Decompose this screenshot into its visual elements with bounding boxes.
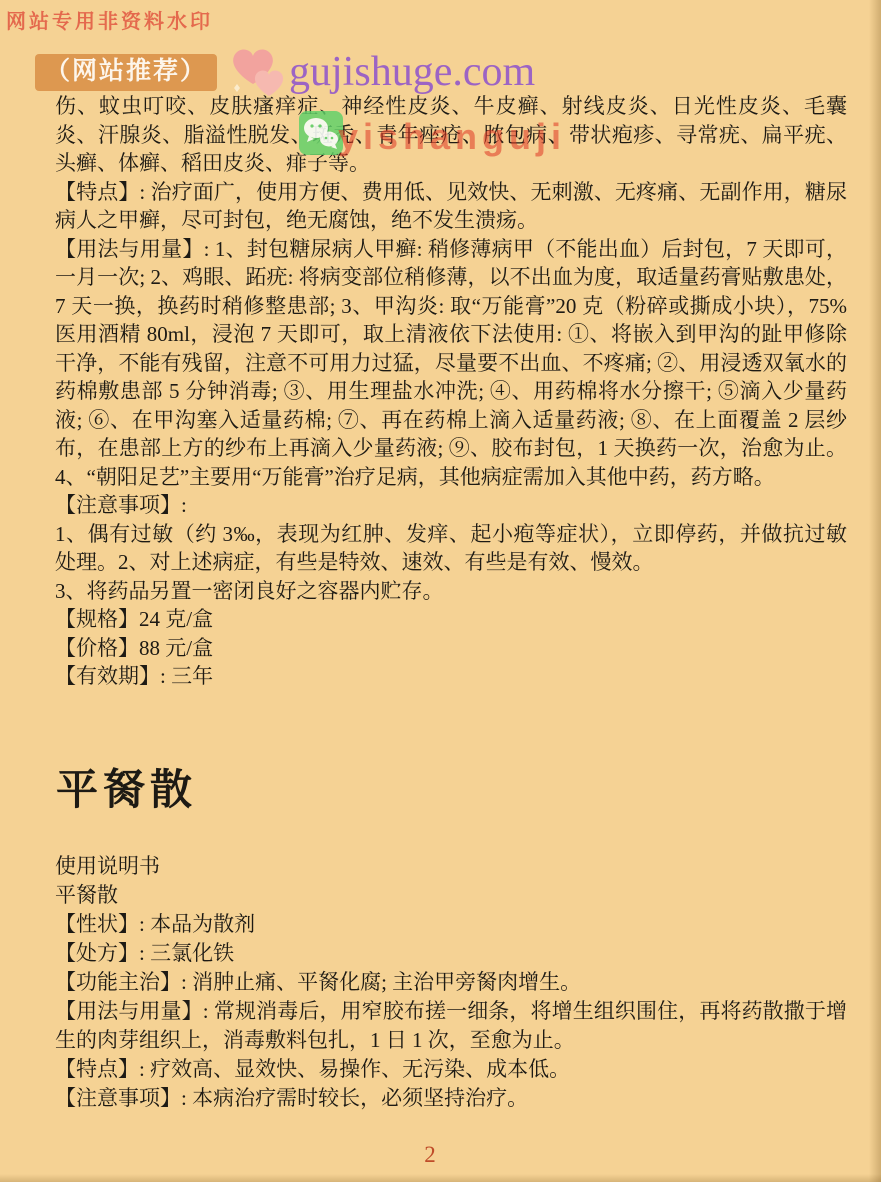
site-recommend-badge: （网站推荐） (35, 54, 217, 91)
section-1-body: 伤、蚊虫叮咬、皮肤瘙痒症、神经性皮炎、牛皮癣、射线皮炎、日光性皮炎、毛囊炎、汗腺… (55, 92, 847, 691)
body-paragraph: 【特点】: 疗效高、显效快、易操作、无污染、成本低。 (55, 1055, 847, 1084)
body-paragraph: 【处方】: 三氯化铁 (55, 939, 847, 968)
body-paragraph: 【注意事项】: (55, 491, 847, 520)
manual-label: 使用说明书 (55, 852, 847, 881)
price-line: 【价格】88 元/盒 (55, 634, 847, 663)
scan-edge-shadow-right (869, 0, 881, 1182)
body-paragraph: 1、偶有过敏（约 3‰，表现为红肿、发痒、起小疱等症状），立即停药，并做抗过敏处… (55, 520, 847, 577)
top-watermark-text: 网站专用非资料水印 (6, 5, 213, 34)
section-2-body: 使用说明书 平胬散 【性状】: 本品为散剂 【处方】: 三氯化铁 【功能主治】:… (55, 852, 847, 1113)
scan-edge-shadow-bottom (0, 1174, 881, 1182)
wechat-icon (299, 111, 343, 155)
product-name: 平胬散 (55, 881, 847, 910)
body-paragraph: 【性状】: 本品为散剂 (55, 910, 847, 939)
body-paragraph: 【注意事项】: 本病治疗需时较长，必须坚持治疗。 (55, 1084, 847, 1113)
hearts-icon (225, 46, 287, 98)
section-2-title: 平胬散 (56, 766, 197, 816)
page-number: 2 (0, 1142, 860, 1168)
validity-line: 【有效期】: 三年 (55, 662, 847, 691)
body-paragraph: 【特点】: 治疗面广，使用方便、费用低、见效快、无刺激、无疼痛、无副作用，糖尿病… (55, 178, 847, 235)
site-header: （网站推荐） gujishuge.com (35, 46, 535, 98)
body-paragraph: 【功能主治】: 消肿止痛、平胬化腐; 主治甲旁胬肉增生。 (55, 968, 847, 997)
site-name: gujishuge.com (289, 51, 535, 93)
document-page: 网站专用非资料水印 （网站推荐） gujishuge.com 伤、蚊虫叮咬、皮肤… (0, 0, 881, 1182)
spec-line: 【规格】24 克/盒 (55, 605, 847, 634)
mid-watermark-text: yishanguji (338, 116, 566, 158)
body-paragraph: 【用法与用量】: 常规消毒后，用窄胶布搓一细条，将增生组织围住，再将药散撒于增生… (55, 997, 847, 1055)
body-paragraph: 【用法与用量】: 1、封包糖尿病人甲癣: 稍修薄病甲（不能出血）后封包，7 天即… (55, 235, 847, 492)
body-paragraph: 3、将药品另置一密闭良好之容器内贮存。 (55, 577, 847, 606)
